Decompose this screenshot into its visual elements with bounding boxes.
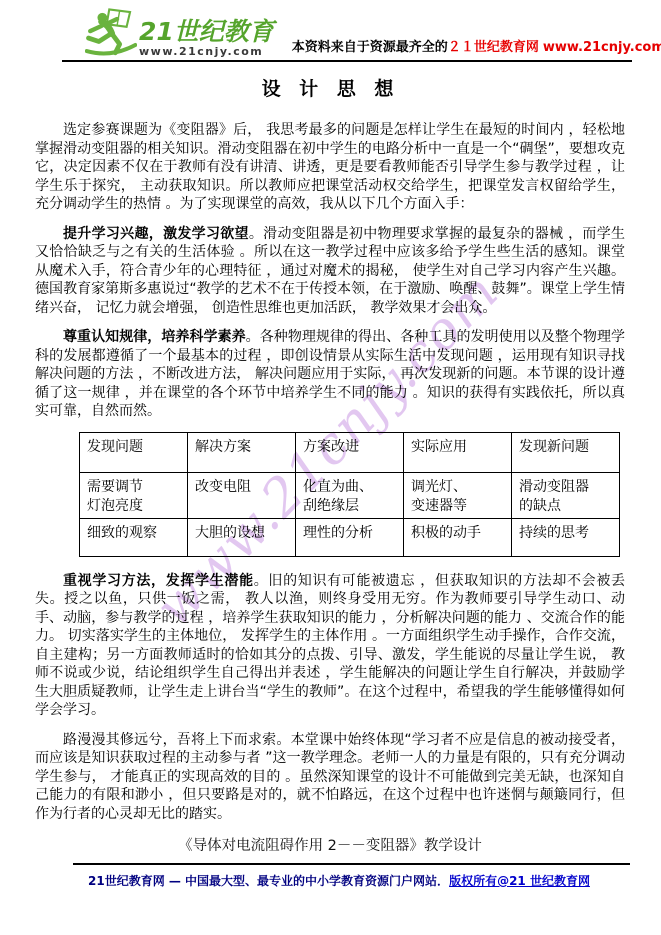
table-header-cell: 发现新问题 [512,432,620,472]
paragraph-intro: 选定参赛课题为《变阻器》后， 我思考最多的问题是怎样让学生在最短的时间内 ，轻松… [35,121,625,214]
table-header-cell: 发现问题 [80,432,188,472]
table-cell: 积极的动手 [404,518,512,556]
paragraph-methods-text: 。旧的知识有可能被遗忘 ，但获取知识的方法却不会被丢失。授之以鱼，只供一饭之需，… [35,573,625,719]
table-header-cell: 方案改进 [296,432,404,472]
table-row: 需要调节 灯泡亮度 改变电阻 化直为曲、 刮绝缘层 调光灯、 变速器等 滑动变阻… [80,472,620,518]
page-title: 设 计 思 想 [0,74,661,101]
paragraph-cognition: 尊重认知规律，培养科学素养。各种物理规律的得出、各种工具的发明使用以及整个物理学… [35,328,625,421]
paragraph-methods-lead: 重视学习方法，发挥学生潜能 [63,573,254,589]
footer-site-text: 21世纪教育网 — 中国最大型、最专业的中小学教育资源门户网站． [88,872,449,889]
header-source-note: 本资料来自于资源最齐全的２１世纪教育网www.21cnjy.com [292,36,661,55]
table-cell: 调光灯、 变速器等 [404,472,512,518]
table-cell: 需要调节 灯泡亮度 [80,472,188,518]
logo-brand-text: 21世纪教育 [139,19,274,44]
table-cell: 改变电阻 [188,472,296,518]
table-cell: 滑动变阻器 的缺点 [512,472,620,518]
header-note-url: www.21cnjy.com [543,40,661,55]
page-footer: 21世纪教育网 — 中国最大型、最专业的中小学教育资源门户网站． 版权所有@21… [0,865,661,889]
table-header-cell: 解决方案 [188,432,296,472]
paragraph-interest-lead: 提升学习兴趣，激发学习欲望 [63,226,249,242]
table-cell: 理性的分析 [296,518,404,556]
paragraph-intro-text: 选定参赛课题为《变阻器》后， 我思考最多的问题是怎样让学生在最短的时间内 ，轻松… [35,122,625,212]
header-divider [62,60,632,62]
runner-with-flag-icon [85,7,137,57]
document-page: www.21cnjy.com [0,0,661,935]
table-header-cell: 实际应用 [404,432,512,472]
page-header: 21世纪教育 www.21cnjy.com 本资料来自于资源最齐全的２１世纪教育… [0,0,661,57]
table-cell: 细致的观察 [80,518,188,556]
table-row: 细致的观察 大胆的设想 理性的分析 积极的动手 持续的思考 [80,518,620,556]
header-note-prefix: 本资料来自于资源最齐全的 [292,40,448,55]
table-cell: 化直为曲、 刮绝缘层 [296,472,404,518]
footer-copyright-link[interactable]: 版权所有@21 世纪教育网 [449,872,590,889]
process-table: 发现问题 解决方案 方案改进 实际应用 发现新问题 需要调节 灯泡亮度 改变电阻… [79,432,620,557]
table-header-row: 发现问题 解决方案 方案改进 实际应用 发现新问题 [80,432,620,472]
logo-text-block: 21世纪教育 www.21cnjy.com [139,19,274,57]
paragraph-closing: 路漫漫其修远兮，吾将上下而求索。本堂课中始终体现“学习者不应是信息的被动接受者，… [35,731,625,824]
logo: 21世纪教育 www.21cnjy.com [85,7,274,57]
paragraph-cognition-lead: 尊重认知规律，培养科学素养 [63,329,246,345]
document-body: 选定参赛课题为《变阻器》后， 我思考最多的问题是怎样让学生在最短的时间内 ，轻松… [0,121,661,855]
table-cell: 持续的思考 [512,518,620,556]
header-note-brand: ２１世纪教育网 [448,40,539,55]
paragraph-closing-text: 路漫漫其修远兮，吾将上下而求索。本堂课中始终体现“学习者不应是信息的被动接受者，… [35,732,625,822]
logo-url-text: www.21cnjy.com [139,46,274,57]
paragraph-methods: 重视学习方法，发挥学生潜能。旧的知识有可能被遗忘 ，但获取知识的方法却不会被丢失… [35,572,625,720]
lesson-design-caption: 《导体对电流阻碍作用 2－－变阻器》教学设计 [35,834,625,855]
paragraph-interest: 提升学习兴趣，激发学习欲望。滑动变阻器是初中物理要求掌握的最复杂的器械 ，而学生… [35,225,625,318]
table-cell: 大胆的设想 [188,518,296,556]
